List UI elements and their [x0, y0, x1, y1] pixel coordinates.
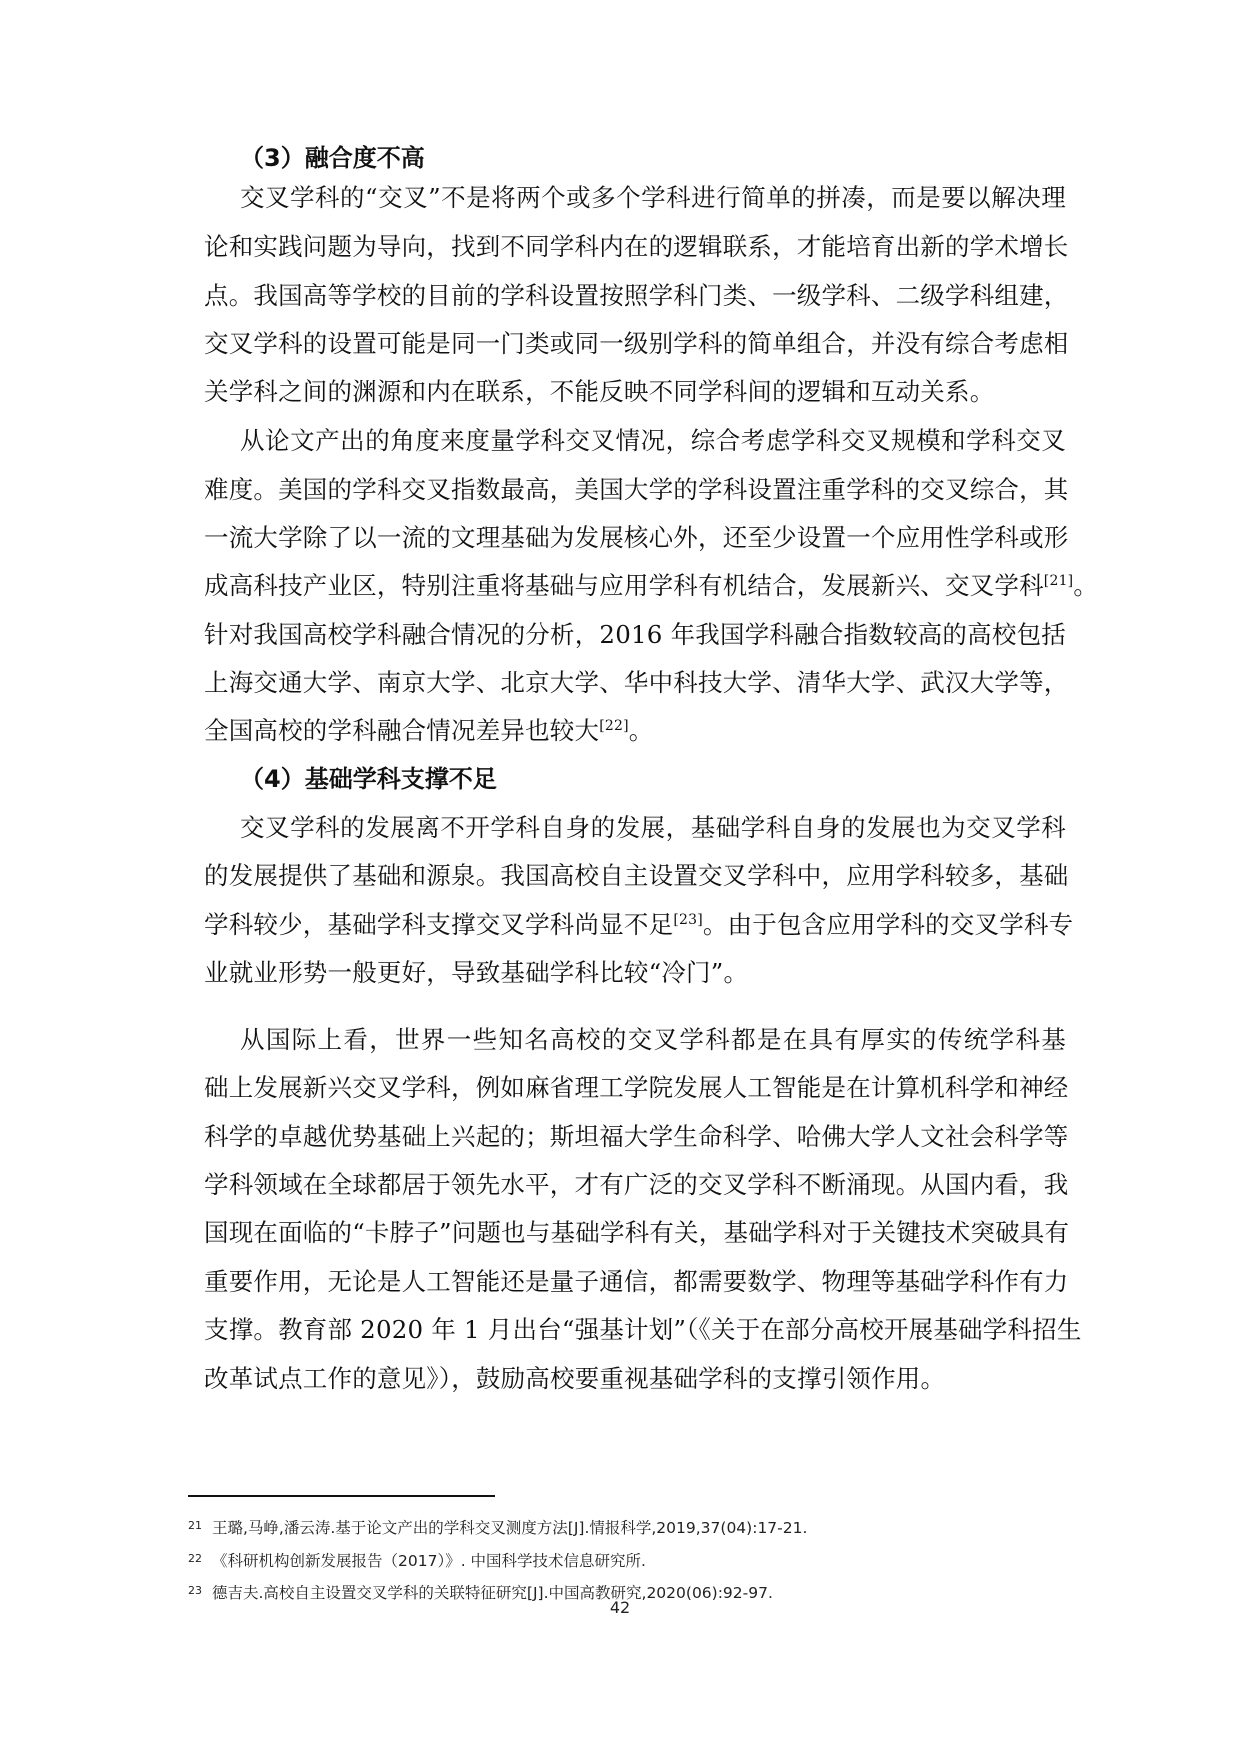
line-text: 学科较少，基础学科支撑交叉学科尚显不足 — [204, 910, 673, 939]
paragraph-line: 从论文产出的角度来度量学科交叉情况，综合考虑学科交叉规模和学科交叉 — [240, 426, 1066, 456]
section-heading-4: （4）基础学科支撑不足 — [240, 764, 497, 794]
footnote-21: 21王璐,马峥,潘云涛.基于论文产出的学科交叉测度方法[J].情报科学,2019… — [188, 1516, 807, 1538]
paragraph-line: 础上发展新兴交叉学科，例如麻省理工学院发展人工智能是在计算机科学和神经 — [204, 1073, 1066, 1103]
paragraph-line: 针对我国高校学科融合情况的分析，2016 年我国学科融合指数较高的高校包括 — [204, 620, 1066, 650]
footnote-number: 23 — [188, 1584, 202, 1597]
line-text-tail: 。 — [1073, 571, 1098, 600]
footnote-separator — [188, 1495, 495, 1497]
paragraph-line: 重要作用，无论是人工智能还是量子通信，都需要数学、物理等基础学科作有力 — [204, 1267, 1066, 1297]
paragraph-line: 论和实践问题为导向，找到不同学科内在的逻辑联系，才能培育出新的学术增长 — [204, 232, 1066, 262]
paragraph-line: 交叉学科的“交叉”不是将两个或多个学科进行简单的拼凑，而是要以解决理 — [240, 183, 1066, 213]
paragraph-line: 成高科技产业区，特别注重将基础与应用学科有机结合，发展新兴、交叉学科[21]。 — [204, 571, 1066, 601]
line-text: 成高科技产业区，特别注重将基础与应用学科有机结合，发展新兴、交叉学科 — [204, 571, 1044, 600]
paragraph-line: 交叉学科的设置可能是同一门类或同一级别学科的简单组合，并没有综合考虑相 — [204, 329, 1066, 359]
paragraph-line: 点。我国高等学校的目前的学科设置按照学科门类、一级学科、二级学科组建， — [204, 281, 1066, 311]
paragraph-line: 支撑。教育部 2020 年 1 月出台“强基计划”（《关于在部分高校开展基础学科… — [204, 1315, 1066, 1345]
footnote-text: 《科研机构创新发展报告（2017）》. 中国科学技术信息研究所. — [212, 1552, 646, 1570]
footnote-number: 22 — [188, 1552, 202, 1565]
document-page: （3）融合度不高 交叉学科的“交叉”不是将两个或多个学科进行简单的拼凑，而是要以… — [0, 0, 1240, 1753]
footnote-22: 22《科研机构创新发展报告（2017）》. 中国科学技术信息研究所. — [188, 1549, 646, 1571]
paragraph-line: 从国际上看，世界一些知名高校的交叉学科都是在具有厚实的传统学科基 — [240, 1025, 1066, 1055]
paragraph-line: 一流大学除了以一流的文理基础为发展核心外，还至少设置一个应用性学科或形 — [204, 523, 1066, 553]
paragraph-line: 学科领域在全球都居于领先水平，才有广泛的交叉学科不断涌现。从国内看，我 — [204, 1170, 1066, 1200]
line-text-tail: 。由于包含应用学科的交叉学科专 — [703, 910, 1074, 939]
line-text-tail: 。 — [629, 716, 654, 745]
paragraph-line: 业就业形势一般更好，导致基础学科比较“冷门”。 — [204, 958, 1066, 988]
citation-21[interactable]: [21] — [1044, 573, 1074, 589]
paragraph-line: 关学科之间的渊源和内在联系，不能反映不同学科间的逻辑和互动关系。 — [204, 377, 1066, 407]
footnote-text: 王璐,马峥,潘云涛.基于论文产出的学科交叉测度方法[J].情报科学,2019,3… — [212, 1519, 807, 1537]
paragraph-line: 科学的卓越优势基础上兴起的；斯坦福大学生命科学、哈佛大学人文社会科学等 — [204, 1122, 1066, 1152]
citation-22[interactable]: [22] — [599, 718, 629, 734]
page-number: 42 — [0, 1598, 1240, 1617]
paragraph-line: 上海交通大学、南京大学、北京大学、华中科技大学、清华大学、武汉大学等， — [204, 668, 1066, 698]
paragraph-line: 国现在面临的“卡脖子”问题也与基础学科有关，基础学科对于关键技术突破具有 — [204, 1218, 1066, 1248]
section-heading-3: （3）融合度不高 — [240, 143, 425, 173]
paragraph-line: 难度。美国的学科交叉指数最高，美国大学的学科设置注重学科的交叉综合，其 — [204, 475, 1066, 505]
paragraph-line: 全国高校的学科融合情况差异也较大[22]。 — [204, 716, 1066, 746]
paragraph-line: 交叉学科的发展离不开学科自身的发展，基础学科自身的发展也为交叉学科 — [240, 813, 1066, 843]
footnote-number: 21 — [188, 1519, 202, 1532]
paragraph-line: 的发展提供了基础和源泉。我国高校自主设置交叉学科中，应用学科较多，基础 — [204, 861, 1066, 891]
paragraph-line: 改革试点工作的意见》），鼓励高校要重视基础学科的支撑引领作用。 — [204, 1364, 1066, 1394]
line-text: 全国高校的学科融合情况差异也较大 — [204, 716, 599, 745]
paragraph-line: 学科较少，基础学科支撑交叉学科尚显不足[23]。由于包含应用学科的交叉学科专 — [204, 910, 1066, 940]
citation-23[interactable]: [23] — [673, 912, 703, 928]
